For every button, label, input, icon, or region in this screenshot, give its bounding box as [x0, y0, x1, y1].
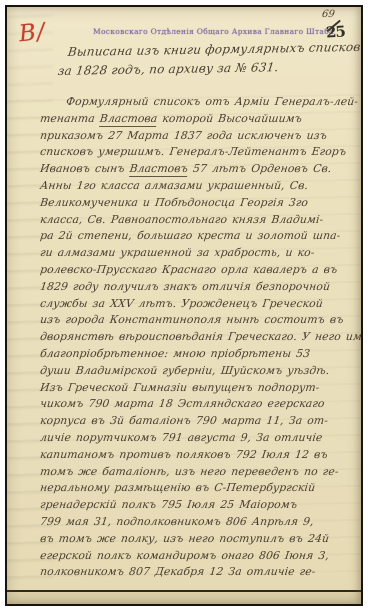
line-text: томъ же баталіонѣ, изъ него переведенъ п…	[39, 465, 339, 478]
underlined-surname: Властовъ	[129, 162, 189, 177]
manuscript-body: Формулярный списокъ отъ Арміи Генералъ-л…	[39, 94, 361, 581]
line-text: въ томъ же полку, изъ него поступилъ въ …	[39, 532, 330, 545]
line-text: ролевско-Прусскаго Краснаго орла кавалер…	[39, 263, 338, 276]
line-text: чикомъ 790 марта 18 Эстляндскаго егерска…	[39, 397, 325, 410]
line-text: Анны 1го класса алмазами украшенный, Св.	[39, 179, 309, 192]
manuscript-line: Изъ Греческой Гимназіи выпущенъ подпорут…	[39, 380, 361, 397]
manuscript-line: 1829 году получилъ знакъ отличія безпоро…	[39, 279, 361, 296]
manuscript-line: изъ города Константинополя нынѣ состоитъ…	[39, 312, 361, 329]
line-text: Ивановъ сынъ	[39, 162, 130, 175]
paper-bottom-edge	[7, 592, 361, 604]
manuscript-line: службы за XXV лѣтъ. Урожденецъ Греческой	[39, 296, 361, 313]
line-text: ги алмазами украшенной за храбрость, и к…	[39, 246, 315, 259]
manuscript-line: въ томъ же полку, изъ него поступилъ въ …	[39, 531, 361, 548]
manuscript-line: неральному размѣщенію въ С-Петербургскій	[39, 480, 361, 497]
line-text: 1829 году получилъ знакъ отличія безпоро…	[39, 280, 331, 293]
manuscript-line: души Владимірской губерніи, Шуйскомъ уѣз…	[39, 363, 361, 380]
manuscript-line: класса, Св. Равноапостольнаго князя Влад…	[39, 212, 361, 229]
manuscript-line: корпуса въ 3й баталіонъ 790 марта 11, За…	[39, 413, 361, 430]
folio-number: 69	[321, 9, 335, 20]
line-text: Изъ Греческой Гимназіи выпущенъ подпорут…	[39, 381, 320, 394]
manuscript-line: Ивановъ сынъ Властовъ 57 лѣтъ Орденовъ С…	[39, 161, 361, 178]
manuscript-line: ги алмазами украшенной за храбрость, и к…	[39, 245, 361, 262]
manuscript-line: чикомъ 790 марта 18 Эстляндскаго егерска…	[39, 396, 361, 413]
scan-frame: 69 В/ Московскаго Отдѣленія Общаго Архив…	[5, 5, 363, 606]
line-text: личіе порутчикомъ 791 августа 9, За отли…	[39, 431, 323, 444]
line-text: ра 2й степени, большаго креста и золотой…	[39, 229, 341, 242]
underlined-surname: Властова	[99, 112, 158, 127]
manuscript-line: списковъ умершимъ. Генералъ-Лейтенантъ Е…	[39, 144, 361, 161]
manuscript-line: личіе порутчикомъ 791 августа 9, За отли…	[39, 430, 361, 447]
manuscript-line: капитаномъ противъ поляковъ 792 Іюля 12 …	[39, 447, 361, 464]
heading-line-2: за 1828 годъ, по архиву за № 631.	[57, 60, 279, 78]
line-text: тенанта	[39, 112, 100, 125]
page-number-stamp: 25	[326, 22, 346, 41]
line-text: класса, Св. Равноапостольнаго князя Влад…	[39, 213, 324, 226]
line-text: приказомъ 27 Марта 1837 года исключенъ и…	[39, 129, 327, 142]
manuscript-line: егерской полкъ командиромъ онаго 806 Іюн…	[39, 548, 361, 565]
manuscript-line: Анны 1го класса алмазами украшенный, Св.	[39, 178, 361, 195]
line-text: службы за XXV лѣтъ. Урожденецъ Греческой	[39, 297, 323, 310]
manuscript-line: полковникомъ 807 Декабря 12 За отличіе г…	[39, 564, 361, 581]
line-text: 799 мая 31, подполковникомъ 806 Апрѣля 9…	[39, 515, 314, 528]
manuscript-line: ра 2й степени, большаго креста и золотой…	[39, 228, 361, 245]
archive-stamp: Московскаго Отдѣленія Общаго Архива Глав…	[93, 27, 299, 36]
manuscript-line: тенанта Властова которой Высочайшимъ	[39, 111, 361, 128]
line-text: Великомученика и Побѣдоносца Георгія 3го	[39, 196, 309, 209]
red-margin-mark: В/	[18, 19, 47, 48]
manuscript-line: Формулярный списокъ отъ Арміи Генералъ-л…	[39, 94, 361, 111]
manuscript-line: 799 мая 31, подполковникомъ 806 Апрѣля 9…	[39, 514, 361, 531]
line-text: полковникомъ 807 Декабря 12 За отличіе г…	[39, 565, 316, 578]
manuscript-line: Великомученика и Побѣдоносца Георгія 3го	[39, 195, 361, 212]
scanned-document-page: { "doc": { "folio_number": "69", "page_s…	[0, 0, 368, 611]
manuscript-line: благопріобрѣтенное: мною пріобрѣтены 53	[39, 346, 361, 363]
line-text: корпуса въ 3й баталіонъ 790 марта 11, За…	[39, 414, 328, 427]
manuscript-paper: 69 В/ Московскаго Отдѣленія Общаго Архив…	[7, 7, 361, 604]
line-text: Формулярный списокъ отъ Арміи Генералъ-л…	[65, 95, 359, 108]
manuscript-line: дворянствѣ вѣроисповѣданія Греческаго. У…	[39, 329, 361, 346]
line-text: капитаномъ противъ поляковъ 792 Іюля 12 …	[39, 448, 328, 461]
manuscript-line: гренадерскій полкъ 795 Іюля 25 Маіоромъ	[39, 497, 361, 514]
line-text: гренадерскій полкъ 795 Іюля 25 Маіоромъ	[39, 498, 298, 511]
line-text: 57 лѣтъ Орденовъ Св.	[187, 162, 332, 175]
line-text: которой Высочайшимъ	[157, 112, 303, 125]
line-text: неральному размѣщенію въ С-Петербургскій	[39, 481, 316, 494]
manuscript-line: томъ же баталіонѣ, изъ него переведенъ п…	[39, 464, 361, 481]
line-text: изъ города Константинополя нынѣ состоитъ…	[39, 313, 344, 326]
line-text: списковъ умершимъ. Генералъ-Лейтенантъ Е…	[39, 145, 347, 158]
line-text: егерской полкъ командиромъ онаго 806 Іюн…	[39, 549, 329, 562]
manuscript-line: приказомъ 27 Марта 1837 года исключенъ и…	[39, 128, 361, 145]
heading-line-1: Выписана изъ книги формулярныхъ списковъ	[67, 40, 361, 59]
line-text: дворянствѣ вѣроисповѣданія Греческаго. У…	[39, 330, 361, 343]
manuscript-line: ролевско-Прусскаго Краснаго орла кавалер…	[39, 262, 361, 279]
line-text: благопріобрѣтенное: мною пріобрѣтены 53	[39, 347, 311, 360]
line-text: души Владимірской губерніи, Шуйскомъ уѣз…	[39, 364, 330, 377]
